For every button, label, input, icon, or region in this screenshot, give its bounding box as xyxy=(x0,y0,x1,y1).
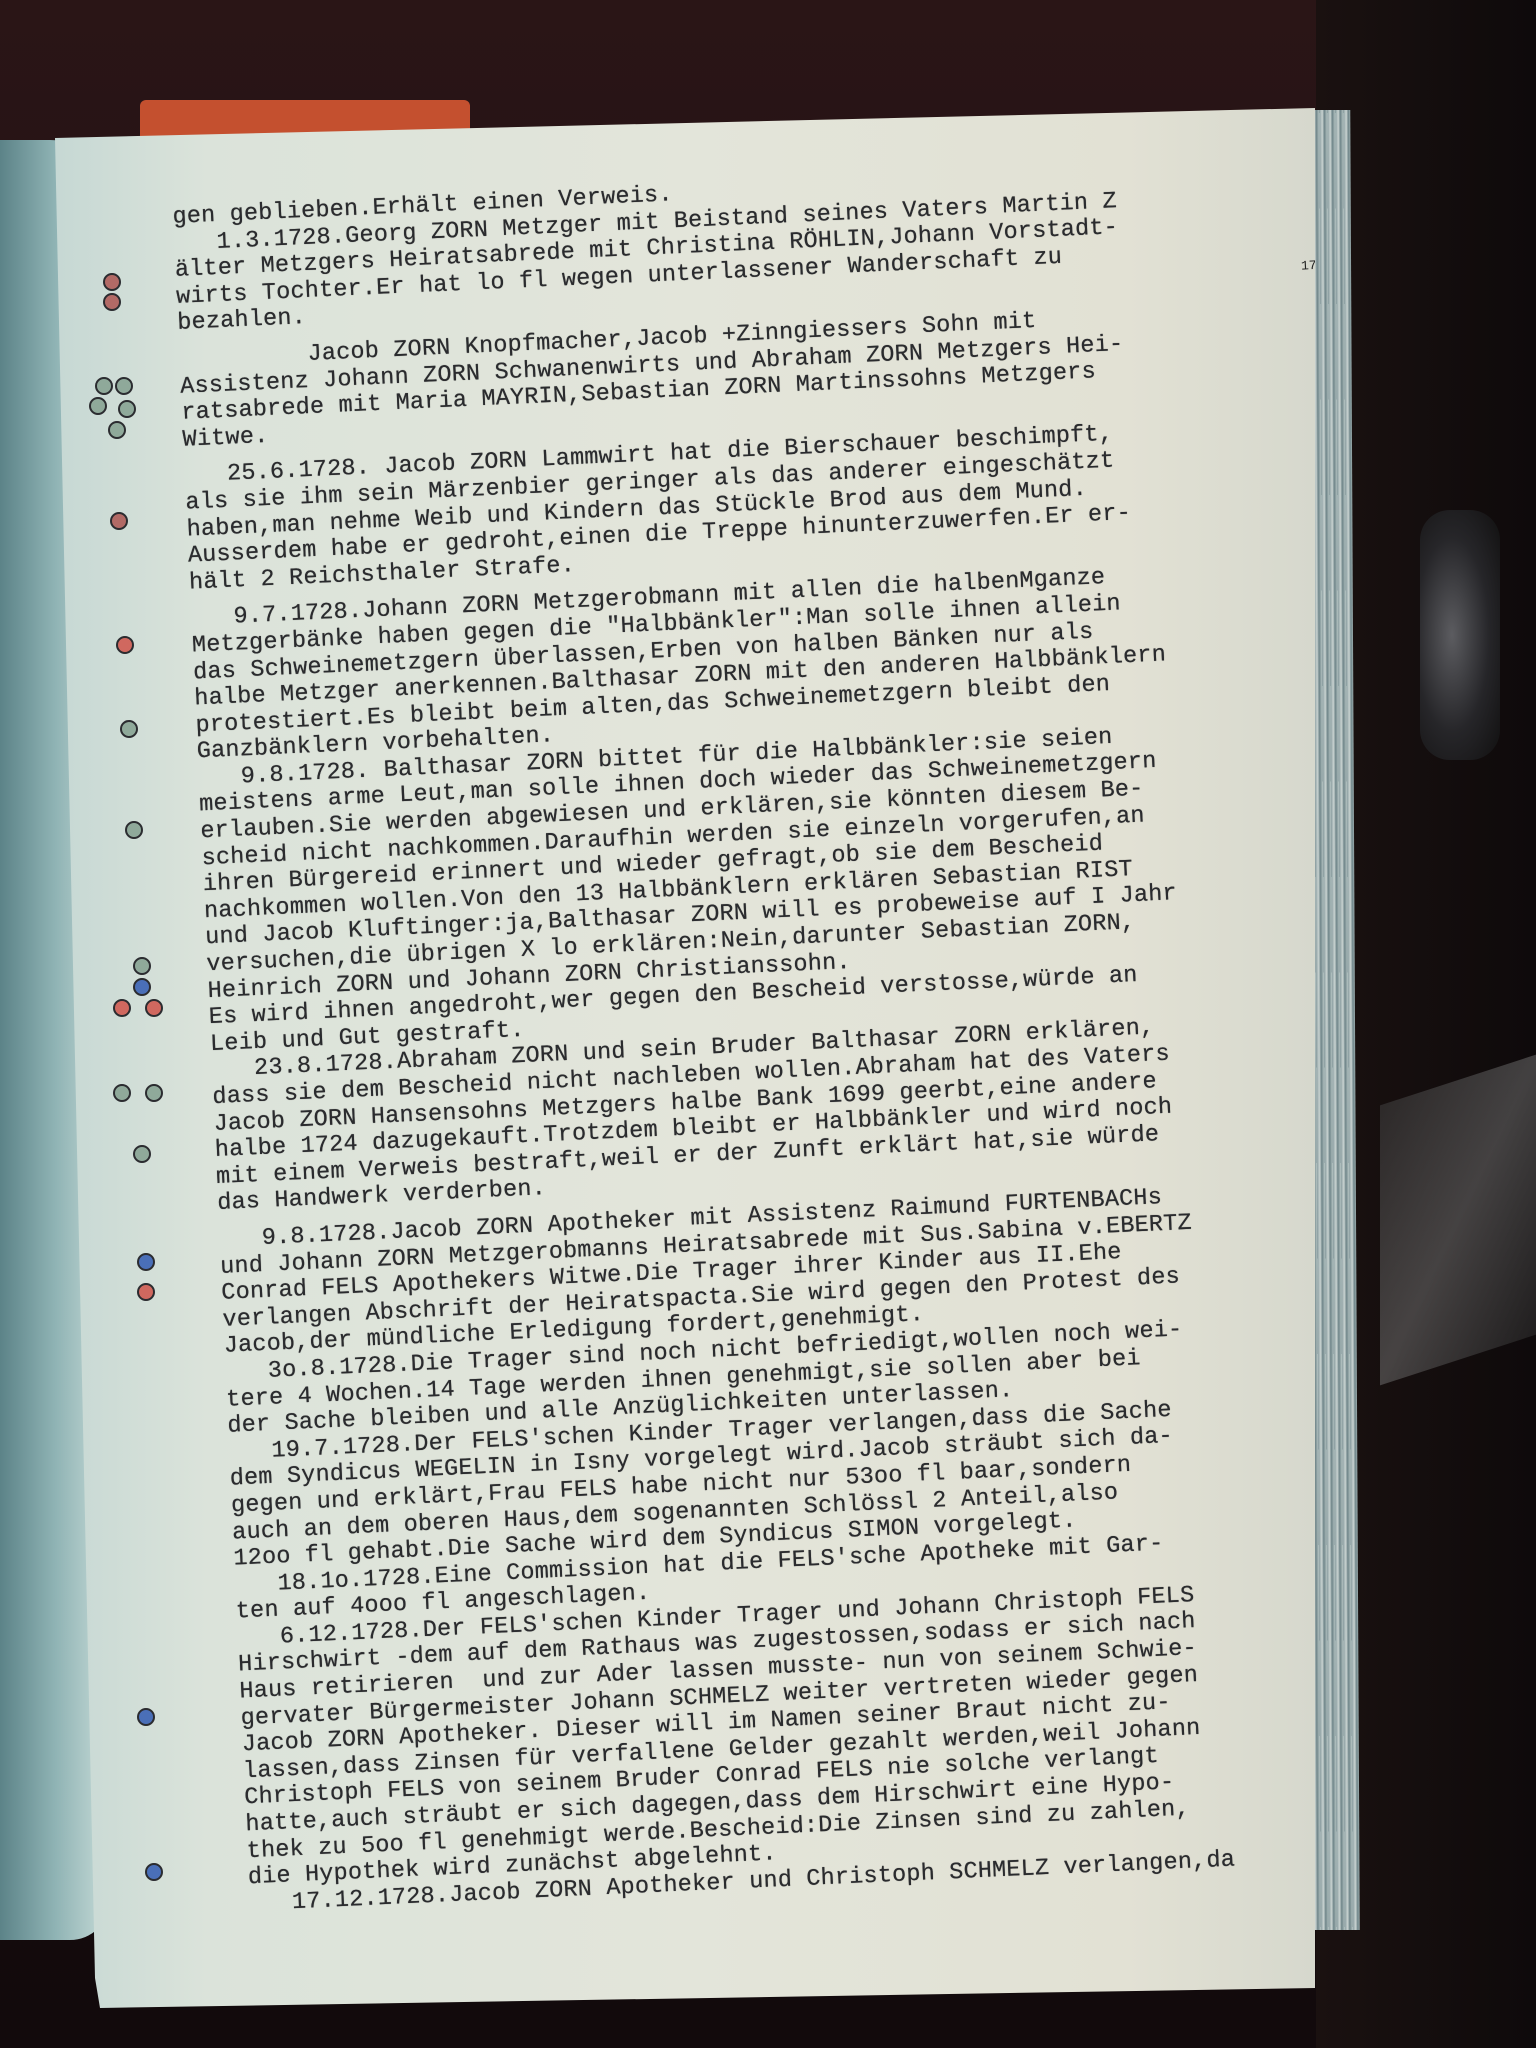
margin-marker-dot xyxy=(115,377,133,395)
document-body: gen geblieben.Erhält einen Verweis. 1.3.… xyxy=(172,154,1379,1919)
margin-marker-dot xyxy=(103,273,121,291)
margin-marker-dot xyxy=(89,397,107,415)
margin-marker-dot xyxy=(145,1863,163,1881)
margin-marker-dot xyxy=(133,978,151,996)
background-object xyxy=(1380,1055,1536,1386)
margin-marker-dot xyxy=(120,720,138,738)
margin-marker-dot xyxy=(137,1283,155,1301)
margin-marker-dot xyxy=(116,636,134,654)
margin-marker-dot xyxy=(95,377,113,395)
margin-marker-dot xyxy=(137,1253,155,1271)
background-object xyxy=(1420,510,1500,760)
margin-marker-dot xyxy=(145,999,163,1017)
margin-marker-dot xyxy=(133,957,151,975)
margin-marker-dot xyxy=(125,821,143,839)
margin-marker-dot xyxy=(110,512,128,530)
margin-marker-dot xyxy=(145,1084,163,1102)
margin-marker-dot xyxy=(113,999,131,1017)
margin-marker-dot xyxy=(108,421,126,439)
margin-marker-dot xyxy=(103,293,121,311)
margin-marker-dot xyxy=(118,400,136,418)
margin-marker-dot xyxy=(133,1145,151,1163)
margin-marker-dot xyxy=(137,1708,155,1726)
margin-marker-dot xyxy=(113,1084,131,1102)
